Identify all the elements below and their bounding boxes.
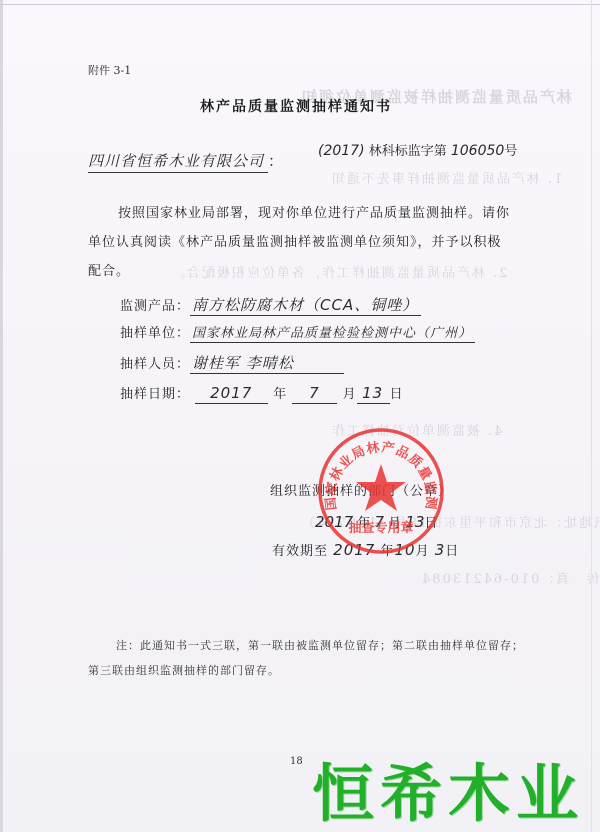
product-label: 监测产品： [120,299,190,314]
footnote: 注：此通知书一式三联，第一联由被监测单位留存；第二联由抽样单位留存； 第三联由组… [88,633,558,683]
scan-edge [0,4,600,5]
document-page: 林产品质量监测抽样被监测单位须知 1. 林产品质量监测抽样事先不通知 2. 林产… [0,0,600,832]
sampling-year-unit: 年 [273,387,287,402]
doc-prefix: 林科标监字第 [369,144,447,159]
sampling-month: 7 [292,384,337,404]
body-line-2: 单位认真阅读《林产品质量监测抽样被监测单位须知》，并予以积极 [88,228,518,257]
sampling-year: 2017 [195,384,268,404]
recipient-colon: ： [268,152,283,170]
sampling-day: 13 [357,384,390,404]
recipient: 四川省恒希木业有限公司： [88,150,283,171]
validity-day-unit: 日 [445,544,459,559]
star-icon [356,464,406,511]
svg-text:抽查专用章: 抽查专用章 [348,520,413,536]
attachment-label: 附件 3-1 [88,62,131,78]
page-number: 18 [290,756,303,767]
body-line-1: 按照国家林业局部署，现对你单位进行产品质量监测抽样。请你 [88,199,518,228]
sampling-date-label: 抽样日期： [120,387,190,402]
recipient-name: 四川省恒希木业有限公司 [88,152,268,173]
field-sampling-staff: 抽样人员：谢桂军 李晴松 [120,352,344,373]
body-text: 按照国家林业局部署，现对你单位进行产品质量监测抽样。请你 单位认真阅读《林产品质… [88,199,518,286]
field-product: 监测产品：南方松防腐木材（CCA、铜唑） [120,294,421,315]
official-seal-stamp: 国家林业局林产品质量监测 抽查专用章 [316,426,446,556]
sampling-unit-label: 抽样单位： [120,326,190,341]
doc-number-value: 106050 [451,143,504,159]
doc-suffix: 号 [504,144,517,159]
sampling-staff-value: 谢桂军 李晴松 [190,354,344,374]
field-sampling-date: 抽样日期： 2017 年 7 月13日 [120,383,404,404]
brand-watermark: 恒希木业 [312,744,584,832]
sampling-staff-label: 抽样人员： [120,357,190,372]
body-line-3: 配合。 [88,257,518,286]
document-number: (2017) 林科标监字第 106050号 [318,140,517,159]
document-title: 林产品质量监测抽样通知书 [200,96,392,116]
ghost-phone: 传 真：010-64213084 [420,568,599,587]
doc-year: (2017) [318,143,365,159]
product-value: 南方松防腐木材（CCA、铜唑） [190,296,421,316]
note-line-2: 第三联由组织监测抽样的部门留存。 [88,658,558,683]
field-sampling-unit: 抽样单位：国家林业局林产品质量检验检测中心（广州） [120,322,475,341]
sampling-month-unit: 月 [343,387,357,402]
note-line-1: 注：此通知书一式三联，第一联由被监测单位留存；第二联由抽样单位留存； [88,633,558,658]
ghost-item-1: 1. 林产品质量监测抽样事先不通知 [330,168,563,187]
sampling-day-unit: 日 [390,387,404,402]
sampling-unit-value: 国家林业局林产品质量检验检测中心（广州） [190,326,475,343]
